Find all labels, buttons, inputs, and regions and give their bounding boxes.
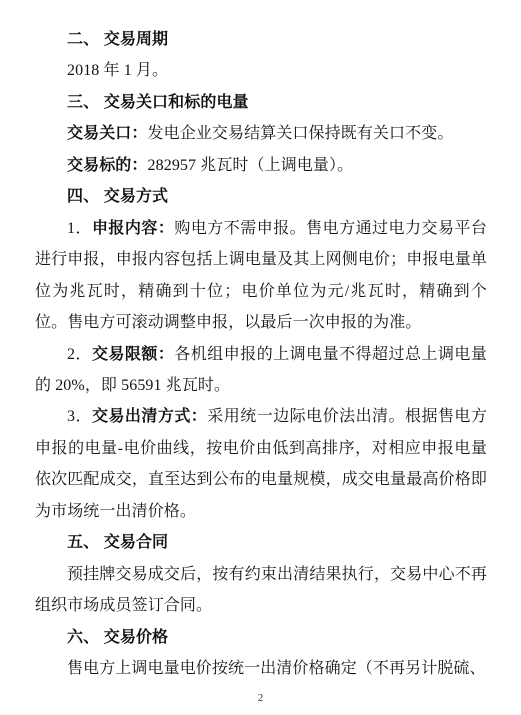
document-body: 二、 交易周期2018 年 1 月。三、 交易关口和标的电量交易关口：发电企业交… xyxy=(35,24,487,685)
text-run: 预挂牌交易成交后，按有约束出清结果执行，交易中心不再组织市场成员签订合同。 xyxy=(35,566,487,614)
document-page: 二、 交易周期2018 年 1 月。三、 交易关口和标的电量交易关口：发电企业交… xyxy=(0,0,521,715)
paragraph: 预挂牌交易成交后，按有约束出清结果执行，交易中心不再组织市场成员签订合同。 xyxy=(35,559,487,622)
text-run: 售电方上调电量电价按统一出清价格确定（不再另计脱硫、 xyxy=(67,660,486,677)
paragraph: 1．申报内容：购电方不需申报。售电方通过电力交易平台进行申报，申报内容包括上调电… xyxy=(35,213,487,339)
section-heading: 四、 交易方式 xyxy=(35,181,487,212)
section-heading: 五、 交易合同 xyxy=(35,527,487,558)
paragraph: 2018 年 1 月。 xyxy=(35,55,487,86)
text-run: 1． xyxy=(67,220,92,237)
paragraph: 交易标的：282957 兆瓦时（上调电量）。 xyxy=(35,150,487,181)
section-heading: 二、 交易周期 xyxy=(35,24,487,55)
bold-label: 交易限额： xyxy=(92,346,174,363)
text-run: 282957 兆瓦时（上调电量）。 xyxy=(148,157,354,174)
text-run: 发电企业交易结算关口保持既有关口不变。 xyxy=(148,125,454,142)
bold-label: 申报内容： xyxy=(92,220,174,237)
text-run: 2018 年 1 月。 xyxy=(67,62,168,79)
paragraph: 2．交易限额：各机组申报的上调电量不得超过总上调电量的 20%，即 56591 … xyxy=(35,339,487,402)
bold-label: 交易标的： xyxy=(67,157,148,174)
paragraph: 交易关口：发电企业交易结算关口保持既有关口不变。 xyxy=(35,118,487,149)
bold-label: 交易关口： xyxy=(67,125,148,142)
page-number: 2 xyxy=(0,691,521,705)
text-run: 3． xyxy=(67,408,92,425)
section-heading: 三、 交易关口和标的电量 xyxy=(35,87,487,118)
paragraph: 售电方上调电量电价按统一出清价格确定（不再另计脱硫、 xyxy=(35,653,487,684)
paragraph: 3．交易出清方式：采用统一边际电价法出清。根据售电方申报的电量-电价曲线，按电价… xyxy=(35,401,487,527)
text-run: 2． xyxy=(67,346,92,363)
section-heading: 六、 交易价格 xyxy=(35,622,487,653)
bold-label: 交易出清方式： xyxy=(92,408,207,425)
